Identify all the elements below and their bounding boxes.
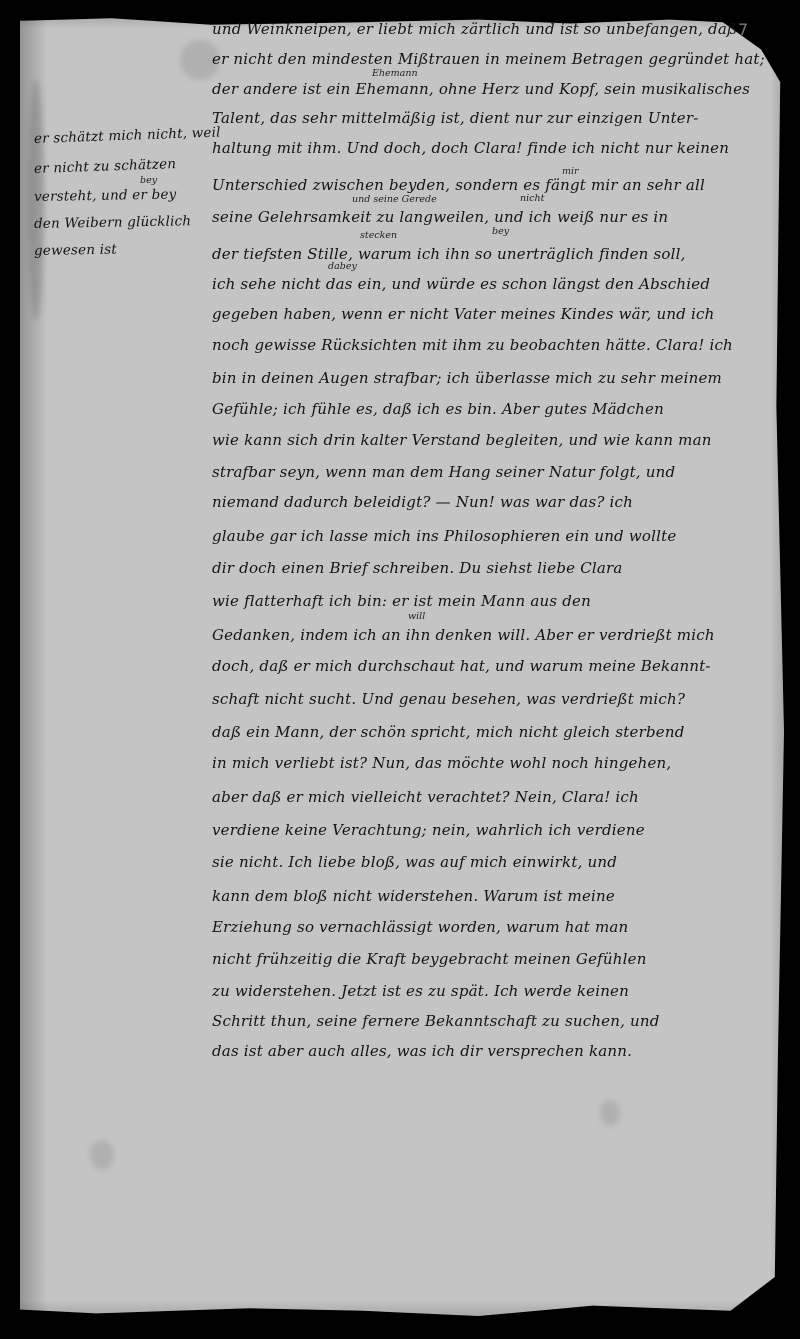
text-line: niemand dadurch beleidigt? — Nun! was wa… — [212, 493, 767, 511]
text-line: verdiene keine Verachtung; nein, wahrlic… — [212, 821, 767, 839]
text-line: das ist aber auch alles, was ich dir ver… — [212, 1042, 767, 1060]
text-line: haltung mit ihm. Und doch, doch Clara! f… — [212, 139, 767, 157]
text-line: wie flatterhaft ich bin: er ist mein Man… — [212, 592, 767, 610]
text-line: zu widerstehen. Jetzt ist es zu spät. Ic… — [212, 982, 767, 1000]
text-line: Schritt thun, seine fernere Bekanntschaf… — [212, 1012, 767, 1030]
text-line: gegeben haben, wenn er nicht Vater meine… — [212, 305, 767, 323]
text-line: aber daß er mich vielleicht verachtet? N… — [212, 788, 767, 806]
text-line: nicht frühzeitig die Kraft beygebracht m… — [212, 950, 767, 968]
text-line: der tiefsten Stille, warum ich ihn so un… — [212, 245, 767, 263]
text-line: Talent, das sehr mittelmäßig ist, dient … — [212, 109, 767, 127]
text-line: ich sehe nicht das ein, und würde es sch… — [212, 275, 767, 293]
text-line: in mich verliebt ist? Nun, das möchte wo… — [212, 754, 767, 772]
text-line: der andere ist ein Ehemann, ohne Herz un… — [212, 80, 767, 98]
text-line: Erziehung so vernachlässigt worden, waru… — [212, 918, 767, 936]
text-line: Gedanken, indem ich an ihn denken will. … — [212, 626, 767, 644]
margin-line: den Weibern glücklich — [34, 213, 214, 232]
interlinear-insertion: mir — [562, 166, 579, 177]
text-line: seine Gelehrsamkeit zu langweilen, und i… — [212, 208, 767, 226]
interlinear-insertion: bey — [140, 175, 157, 186]
margin-line: gewesen ist — [34, 240, 214, 259]
interlinear-insertion: stecken — [360, 230, 397, 241]
interlinear-insertion: bey — [492, 226, 509, 237]
text-line: sie nicht. Ich liebe bloß, was auf mich … — [212, 853, 767, 871]
paper-stain — [600, 1100, 620, 1126]
text-line: und Weinkneipen, er liebt mich zärtlich … — [212, 20, 767, 38]
interlinear-insertion: dabey — [328, 261, 357, 272]
interlinear-insertion: und seine Gerede — [352, 194, 437, 205]
text-line: bin in deinen Augen strafbar; ich überla… — [212, 369, 767, 387]
text-line: doch, daß er mich durchschaut hat, und w… — [212, 657, 767, 675]
text-line: schaft nicht sucht. Und genau besehen, w… — [212, 690, 767, 708]
text-line: glaube gar ich lasse mich ins Philosophi… — [212, 527, 767, 545]
text-line: kann dem bloß nicht widerstehen. Warum i… — [212, 887, 767, 905]
text-line: strafbar seyn, wenn man dem Hang seiner … — [212, 463, 767, 481]
text-line: dir doch einen Brief schreiben. Du siehs… — [212, 559, 767, 577]
paper-stain — [90, 1140, 114, 1170]
text-line: Unterschied zwischen beyden, sondern es … — [212, 176, 767, 194]
interlinear-insertion: nicht — [520, 193, 544, 204]
interlinear-insertion: Ehemann — [372, 68, 418, 79]
margin-line: versteht, und er bey — [34, 186, 214, 205]
text-line: daß ein Mann, der schön spricht, mich ni… — [212, 723, 767, 741]
text-line: wie kann sich drin kalter Verstand begle… — [212, 431, 767, 449]
text-line: Gefühle; ich fühle es, daß ich es bin. A… — [212, 400, 767, 418]
text-line: er nicht den mindesten Mißtrauen in mein… — [212, 50, 767, 68]
text-line: noch gewisse Rücksichten mit ihm zu beob… — [212, 336, 767, 354]
interlinear-insertion: will — [408, 611, 425, 622]
